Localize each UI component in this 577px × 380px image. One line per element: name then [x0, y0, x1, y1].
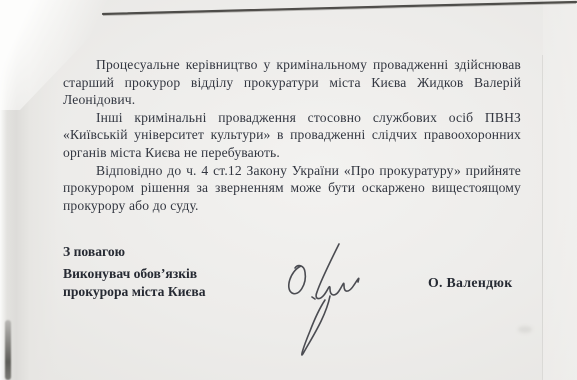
scan-right-background	[543, 0, 577, 380]
scan-bottom-left-smudge	[5, 320, 11, 380]
paragraph-2-line-3: органів міста Києва не перебувають.	[63, 144, 521, 162]
paragraph-3: Відповідно до ч. 4 ст.12 Закону України …	[63, 162, 521, 215]
scanned-letter-page: Процесуальне керівництво у кримінальному…	[0, 0, 577, 380]
scan-right-smudge	[518, 326, 532, 333]
paragraph-2-line-1: Інші кримінальні провадження стосовно сл…	[63, 109, 521, 127]
paragraph-1-line-2: старший прокурор відділу прокуратури міс…	[63, 74, 521, 92]
signer-name: О. Валендюк	[428, 275, 512, 291]
letter-body: Процесуальне керівництво у кримінальному…	[63, 56, 521, 214]
paragraph-2: Інші кримінальні провадження стосовно сл…	[63, 109, 521, 162]
signature	[233, 236, 408, 366]
paragraph-2-line-2: «Київській університет культури» в прова…	[63, 126, 521, 144]
paragraph-1-line-1: Процесуальне керівництво у кримінальному…	[63, 56, 521, 74]
paragraph-1-line-3: Леонідович.	[63, 91, 521, 109]
scan-right-page-edge	[542, 55, 543, 380]
scan-top-edge-line	[0, 0, 577, 22]
paragraph-3-line-1: Відповідно до ч. 4 ст.12 Закону України …	[63, 162, 521, 180]
paragraph-3-line-2: прокурором рішення за зверненням може бу…	[63, 179, 521, 197]
paragraph-3-line-3: прокурору або до суду.	[63, 197, 521, 215]
paragraph-1: Процесуальне керівництво у кримінальному…	[63, 56, 521, 109]
